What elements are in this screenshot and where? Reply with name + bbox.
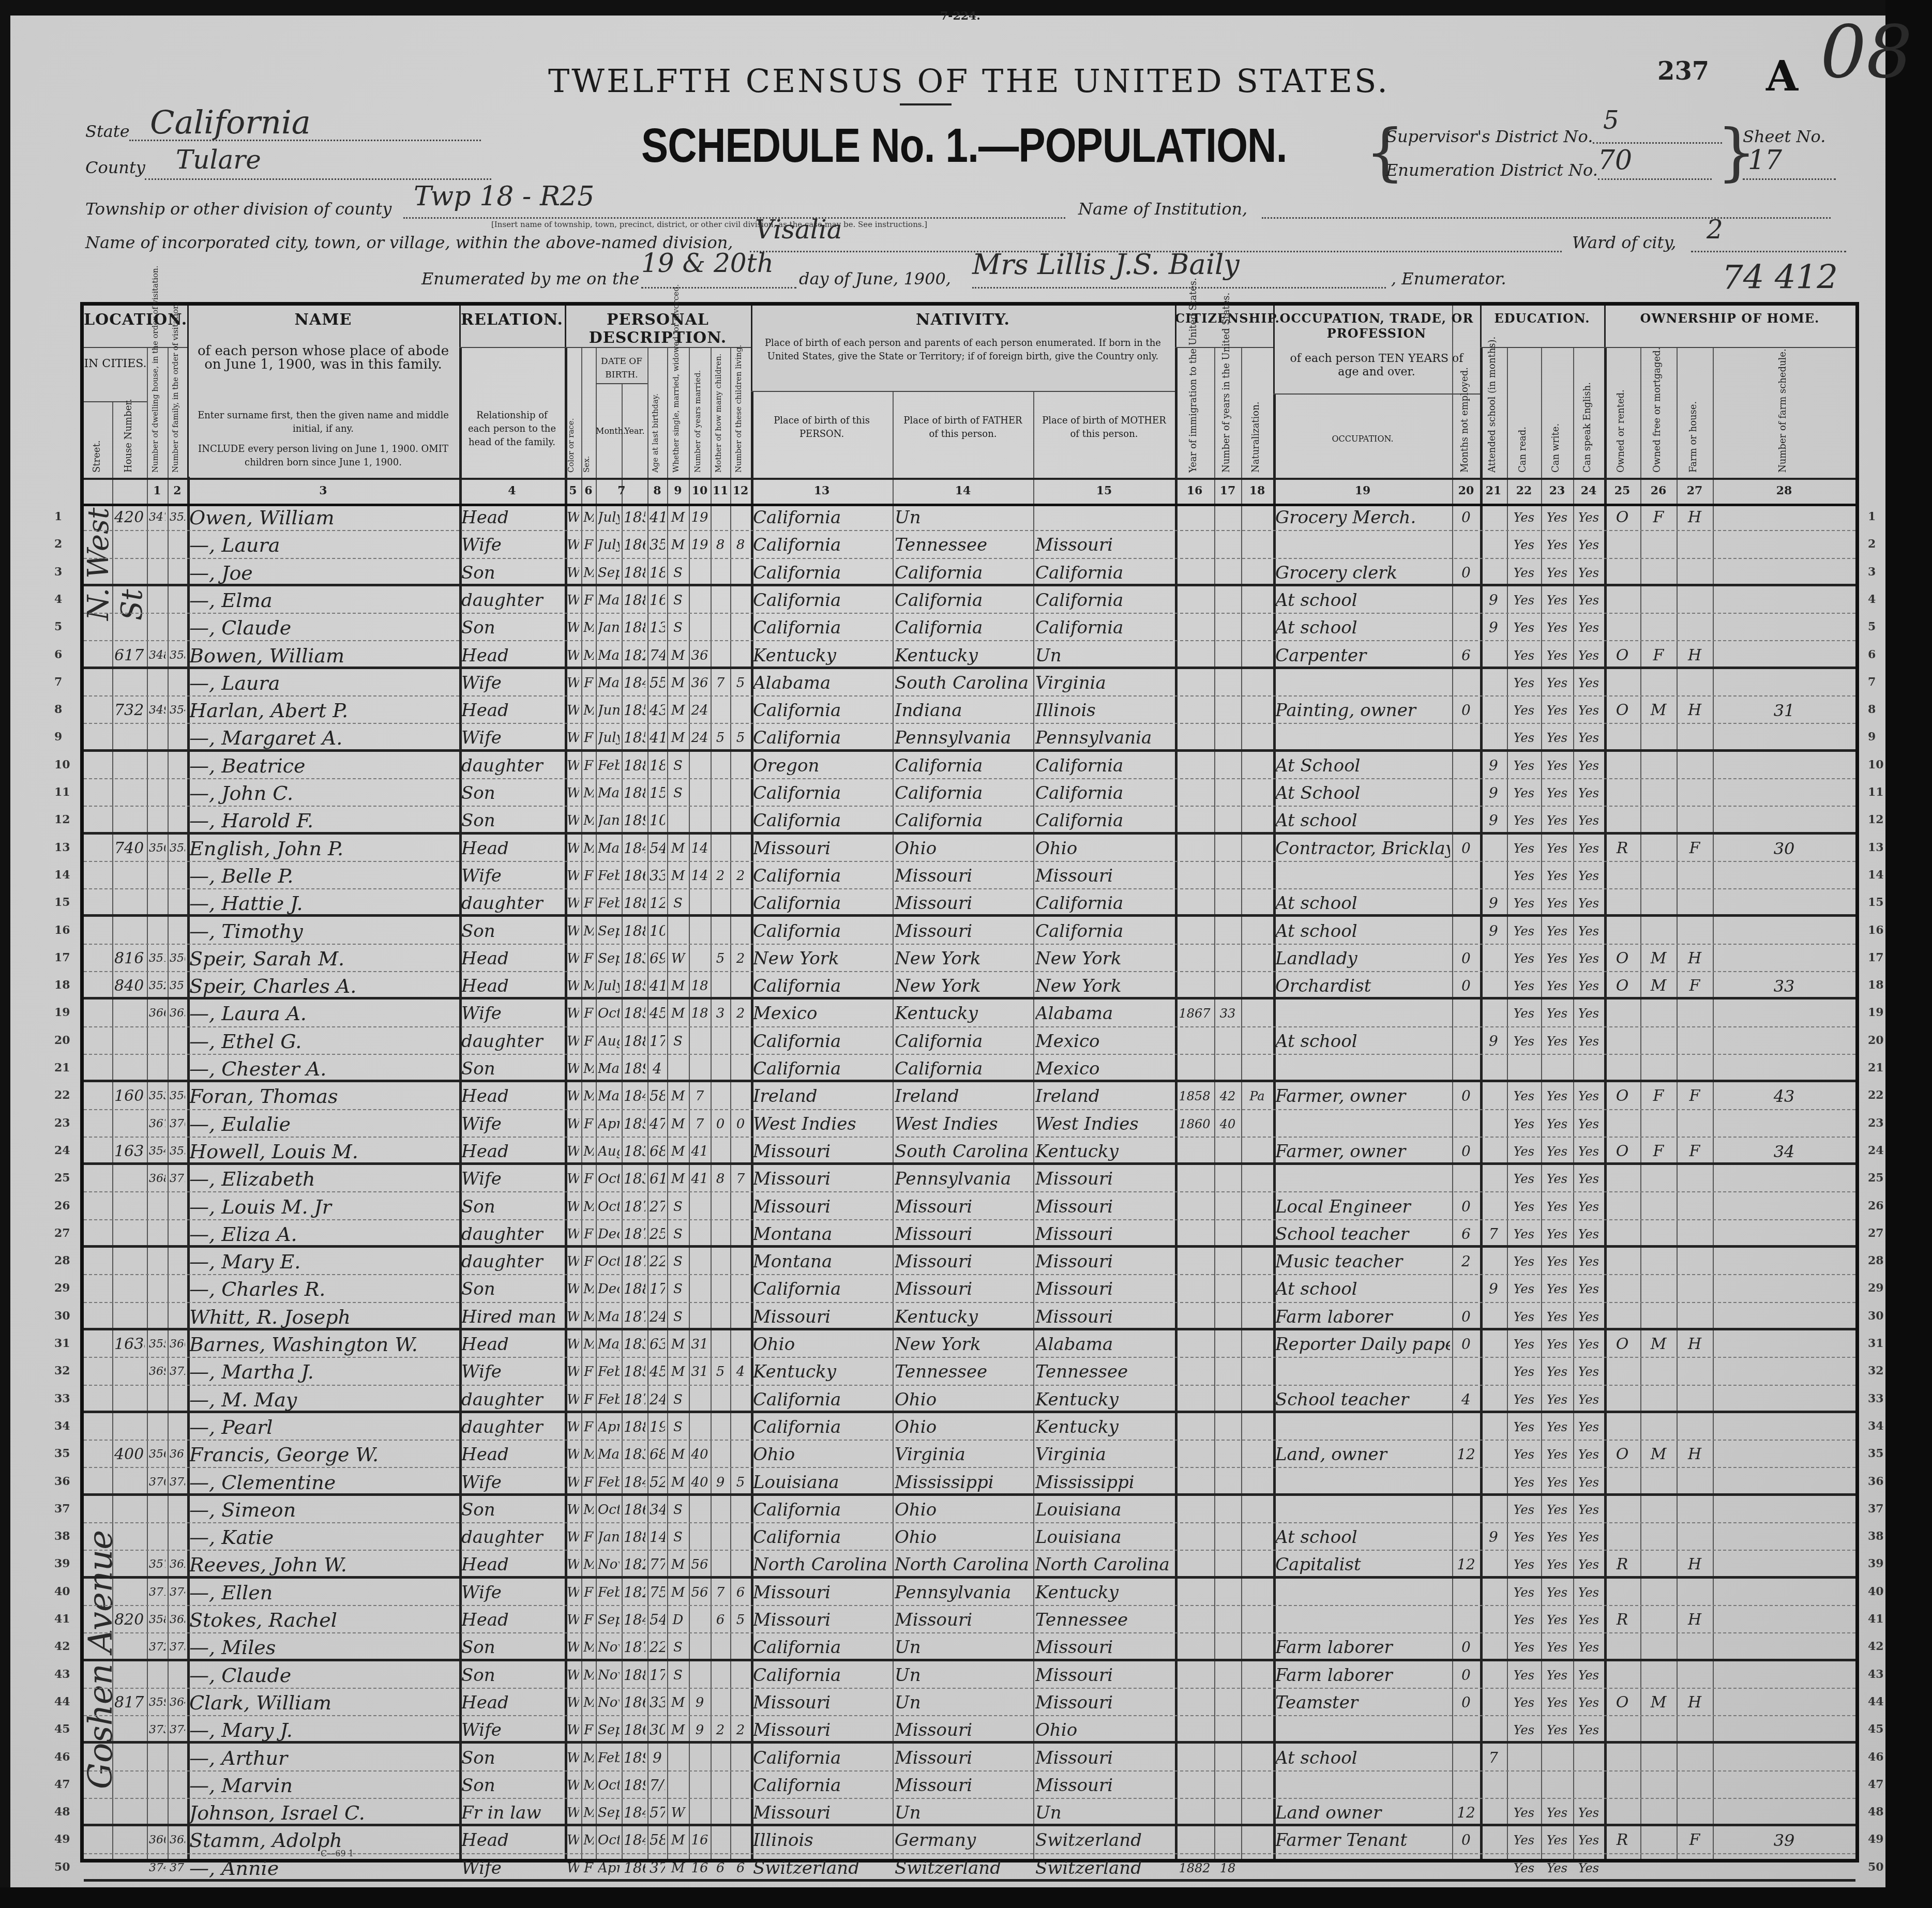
table-row: —, MarvinSonWMOct18997/12CaliforniaMisso… <box>84 1771 1855 1799</box>
table-row: —, BeatricedaughterWFFeb188218SOregonCal… <box>84 752 1855 779</box>
cell-occ: Landlady <box>1275 947 1450 971</box>
cell-house <box>114 616 145 640</box>
cell-age: 77 <box>650 1553 665 1577</box>
cell-fh <box>1679 1222 1711 1246</box>
cell-cl: 2 <box>732 864 749 888</box>
left-line-number: 10 <box>54 758 70 771</box>
left-line-number: 26 <box>54 1199 70 1213</box>
cell-color: W <box>567 1718 579 1742</box>
cell-nat <box>1243 919 1271 943</box>
cell-house <box>114 533 145 557</box>
left-line-number: 16 <box>54 923 70 937</box>
cell-yus <box>1216 699 1239 722</box>
cell-nat <box>1243 506 1271 529</box>
cell-ym: 18 <box>691 1002 708 1025</box>
column-number: 22 <box>1507 484 1541 497</box>
cell-ym: 7 <box>691 1084 708 1108</box>
right-line-number: 15 <box>1868 896 1884 909</box>
column-number: 21 <box>1480 484 1507 497</box>
cell-pobf: Un <box>895 1801 1031 1825</box>
cell-month: Feb <box>598 864 620 888</box>
cell-sch <box>1482 1250 1505 1274</box>
cell-sex: M <box>583 781 594 805</box>
table-row: Johnson, Israel C.Fr in lawWMSept184257W… <box>84 1799 1855 1826</box>
cell-house <box>114 919 145 943</box>
cell-family <box>170 1525 185 1549</box>
cell-age: 14 <box>650 1525 665 1549</box>
county-label: County <box>85 158 145 177</box>
cell-rel: daughter <box>461 891 563 915</box>
left-line-number: 42 <box>54 1640 70 1653</box>
cell-month: Feb <box>598 1471 620 1494</box>
cell-cl <box>732 1691 749 1715</box>
cell-cl: 5 <box>732 671 749 695</box>
header-divider <box>84 478 1855 480</box>
cell-age: 17 <box>650 1029 665 1053</box>
left-line-number: 37 <box>54 1502 70 1516</box>
cell-name: Stokes, Rachel <box>189 1608 457 1632</box>
cell-family <box>170 726 185 750</box>
cell-family: 375 <box>170 1636 185 1659</box>
cell-fm: M <box>1642 699 1674 722</box>
right-line-number: 37 <box>1868 1502 1884 1516</box>
cell-ym: 40 <box>691 1471 708 1494</box>
cell-cl <box>732 1195 749 1219</box>
right-line-number: 2 <box>1868 537 1876 551</box>
cell-month: Dec <box>598 1222 620 1246</box>
cell-fs <box>1715 1581 1853 1604</box>
cell-pobm: California <box>1035 588 1173 612</box>
cell-age: 12 <box>650 891 665 915</box>
cell-fh <box>1679 1498 1711 1522</box>
township-label: Township or other division of county <box>85 199 391 219</box>
cell-pob: New York <box>753 947 890 971</box>
cell-cl <box>732 506 749 529</box>
cell-nat <box>1243 1828 1271 1852</box>
cell-occ: Farmer Tenant <box>1275 1828 1450 1852</box>
cell-mar: M <box>669 974 687 998</box>
cell-name: —, John C. <box>189 781 457 805</box>
cell-imm <box>1177 1415 1212 1439</box>
cell-write: Yes <box>1543 533 1571 557</box>
cell-mar: S <box>669 616 687 640</box>
cell-yus <box>1216 974 1239 998</box>
cell-pob: California <box>753 616 890 640</box>
cell-pobm: Tennessee <box>1035 1360 1173 1384</box>
county-field: Tulare <box>145 145 491 180</box>
cell-pob: Ireland <box>753 1084 890 1108</box>
cell-fm: M <box>1642 974 1674 998</box>
cell-imm <box>1177 809 1212 832</box>
cell-fs <box>1715 506 1853 529</box>
cell-pob: California <box>753 974 890 998</box>
right-line-number: 21 <box>1868 1061 1884 1074</box>
table-row: —, Charles R.SonWMDec188217SCaliforniaMi… <box>84 1275 1855 1303</box>
left-line-number: 25 <box>54 1171 70 1185</box>
cell-fh: F <box>1679 1140 1711 1163</box>
cell-dwelling <box>149 726 165 750</box>
cell-month: Mar <box>598 644 620 668</box>
cell-house <box>114 561 145 585</box>
cell-imm <box>1177 1718 1212 1742</box>
left-line-number: 36 <box>54 1475 70 1488</box>
cell-fm <box>1642 1498 1674 1522</box>
cell-imm <box>1177 1774 1212 1797</box>
cell-write: Yes <box>1543 919 1571 943</box>
cell-pobm: Missouri <box>1035 533 1173 557</box>
cell-imm <box>1177 891 1212 915</box>
cell-family <box>170 1057 185 1081</box>
cell-cl <box>732 699 749 722</box>
cell-mar: M <box>669 1443 687 1466</box>
cell-read: Yes <box>1509 1112 1539 1136</box>
cell-dwelling: 348 <box>149 644 165 668</box>
cell-write: Yes <box>1543 809 1571 832</box>
cell-read <box>1509 1774 1539 1797</box>
cell-write: Yes <box>1543 864 1571 888</box>
cell-rel: Head <box>461 506 563 529</box>
cell-sch <box>1482 1112 1505 1136</box>
cell-yus <box>1216 644 1239 668</box>
cell-mu: 0 <box>1454 1828 1478 1852</box>
cell-sch: 9 <box>1482 1277 1505 1301</box>
table-row: 617348353Bowen, WilliamHeadWMMar182674M3… <box>84 642 1855 669</box>
relation-description: Relationship of each person to the head … <box>464 409 560 461</box>
cell-ym <box>691 1774 708 1797</box>
cell-write <box>1543 1774 1571 1797</box>
cell-nat <box>1243 616 1271 640</box>
name-instruction-2: INCLUDE every person living on June 1, 1… <box>195 443 451 474</box>
cell-fs <box>1715 671 1853 695</box>
cell-yus: 42 <box>1216 1084 1239 1108</box>
vheader-immigration: Year of immigration to the United States… <box>1188 357 1199 473</box>
column-number: 28 <box>1713 484 1855 497</box>
cell-mc <box>713 506 728 529</box>
cell-house: 817 <box>114 1691 145 1715</box>
cell-month: Oct <box>598 1250 620 1274</box>
cell-own <box>1606 1415 1638 1439</box>
cell-fm <box>1642 1112 1674 1136</box>
cell-ym: 56 <box>691 1581 708 1604</box>
cell-occ: At school <box>1275 1525 1450 1549</box>
cell-pobf: New York <box>895 947 1031 971</box>
cell-family: 353 <box>170 644 185 668</box>
cell-mu: 0 <box>1454 837 1478 860</box>
cell-sch <box>1482 1360 1505 1384</box>
cell-name: —, Miles <box>189 1636 457 1659</box>
cell-fs <box>1715 1471 1853 1494</box>
cell-sch <box>1482 1498 1505 1522</box>
cell-write: Yes <box>1543 947 1571 971</box>
cell-pob: California <box>753 699 890 722</box>
cell-fm <box>1642 561 1674 585</box>
cell-name: —, Mary E. <box>189 1250 457 1274</box>
table-row: 732349354Harlan, Abert P.HeadWMJune18564… <box>84 696 1855 724</box>
cell-sch <box>1482 1774 1505 1797</box>
cell-fh <box>1679 1636 1711 1659</box>
cell-sch: 9 <box>1482 1525 1505 1549</box>
cell-color: W <box>567 809 579 832</box>
page-handwritten: 08 <box>1820 10 1912 95</box>
cell-pob: Missouri <box>753 1195 890 1219</box>
right-line-number: 11 <box>1868 785 1884 799</box>
table-row: —, LauraWifeWFMar184555M3675AlabamaSouth… <box>84 669 1855 696</box>
cell-pobm: Missouri <box>1035 1277 1173 1301</box>
cell-nat <box>1243 809 1271 832</box>
cell-dwelling <box>149 1305 165 1329</box>
left-line-number: 47 <box>54 1778 70 1791</box>
vheader-attended-school: Attended school (in months). <box>1487 352 1498 473</box>
cell-mar: S <box>669 588 687 612</box>
left-line-number: 30 <box>54 1309 70 1323</box>
cell-pobm: Kentucky <box>1035 1140 1173 1163</box>
cell-pobm: Un <box>1035 1801 1173 1825</box>
cell-color: W <box>567 837 579 860</box>
table-row: 368371—, ElizabethWifeWFOct183861M4187Mi… <box>84 1165 1855 1192</box>
cell-occ: Grocery clerk <box>1275 561 1450 585</box>
cell-house <box>114 1222 145 1246</box>
cell-eng: Yes <box>1575 1305 1602 1329</box>
cell-fm <box>1642 919 1674 943</box>
cell-cl <box>732 1636 749 1659</box>
cell-sch <box>1482 864 1505 888</box>
cell-pobm: Ohio <box>1035 1718 1173 1742</box>
cell-year: 1838 <box>624 1167 645 1191</box>
cell-occ: Carpenter <box>1275 644 1450 668</box>
cell-ym: 24 <box>691 699 708 722</box>
cell-dwelling: 357 <box>149 1553 165 1577</box>
cell-mc <box>713 891 728 915</box>
cell-fh <box>1679 1415 1711 1439</box>
cell-read: Yes <box>1509 588 1539 612</box>
cell-month: Sept <box>598 919 620 943</box>
cell-yus <box>1216 533 1239 557</box>
cell-write: Yes <box>1543 754 1571 778</box>
cell-fs <box>1715 947 1853 971</box>
cell-sch: 7 <box>1482 1746 1505 1770</box>
cell-family: 352 <box>170 506 185 529</box>
cell-age: 24 <box>650 1305 665 1329</box>
cell-house: 840 <box>114 974 145 998</box>
cell-nat <box>1243 974 1271 998</box>
cell-year: 1877 <box>624 1636 645 1659</box>
vheader-can-read: Can read. <box>1517 357 1528 473</box>
cell-pobf: Indiana <box>895 699 1031 722</box>
cell-year: 1841 <box>624 1828 645 1852</box>
cell-family <box>170 1305 185 1329</box>
cell-imm <box>1177 726 1212 750</box>
cell-pob: Missouri <box>753 1608 890 1632</box>
cell-month: Mar <box>598 781 620 805</box>
cell-fm: M <box>1642 947 1674 971</box>
cell-write: Yes <box>1543 671 1571 695</box>
enumeration-field: 70 <box>1598 145 1712 180</box>
cell-fh: H <box>1679 1332 1711 1356</box>
cell-write: Yes <box>1543 616 1571 640</box>
cell-fm <box>1642 1608 1674 1632</box>
cell-mc <box>713 616 728 640</box>
cell-mar: S <box>669 1195 687 1219</box>
cell-imm <box>1177 533 1212 557</box>
cell-fh <box>1679 1167 1711 1191</box>
cell-sch <box>1482 1388 1505 1412</box>
cell-month: Nov <box>598 1636 620 1659</box>
cell-fs: 43 <box>1715 1084 1853 1108</box>
vheader-speak-english: Can speak English. <box>1582 357 1593 473</box>
cell-pobf: Virginia <box>895 1443 1031 1466</box>
cell-fh <box>1679 1057 1711 1081</box>
cell-color: W <box>567 864 579 888</box>
cell-write <box>1543 1057 1571 1081</box>
nativity-header: NATIVITY. <box>751 311 1175 337</box>
vheader-age: Age at last birthday. <box>651 357 660 473</box>
cell-year: 1874 <box>624 1222 645 1246</box>
cell-mu: 0 <box>1454 561 1478 585</box>
cell-fh: F <box>1679 1084 1711 1108</box>
cell-pob: California <box>753 809 890 832</box>
cell-mu <box>1454 1029 1478 1053</box>
occupation-description: of each person TEN YEARS of age and over… <box>1278 352 1475 388</box>
cell-fs <box>1715 1801 1853 1825</box>
cell-yus <box>1216 1332 1239 1356</box>
right-line-number: 50 <box>1868 1860 1884 1874</box>
cell-cl <box>732 1277 749 1301</box>
vheader-family: Number of family, in the order of visita… <box>171 352 180 473</box>
vheader-sex: Sex. <box>582 393 591 473</box>
cell-dwelling <box>149 671 165 695</box>
cell-yus <box>1216 726 1239 750</box>
cell-eng: Yes <box>1575 1608 1602 1632</box>
cell-occ: Teamster <box>1275 1691 1450 1715</box>
cell-mu <box>1454 1525 1478 1549</box>
cell-mu: 0 <box>1454 1084 1478 1108</box>
ward-field: 2 <box>1691 215 1846 252</box>
cell-write: Yes <box>1543 974 1571 998</box>
cell-occ: Reporter Daily paper <box>1275 1332 1450 1356</box>
cell-house: 820 <box>114 1608 145 1632</box>
cell-eng: Yes <box>1575 561 1602 585</box>
cell-pob: Kentucky <box>753 644 890 668</box>
cell-fs <box>1715 1305 1853 1329</box>
cell-color: W <box>567 1581 579 1604</box>
cell-yus <box>1216 754 1239 778</box>
cell-rel: Wife <box>461 1002 563 1025</box>
cell-read: Yes <box>1509 726 1539 750</box>
cell-mar: S <box>669 1222 687 1246</box>
cell-eng: Yes <box>1575 588 1602 612</box>
institution-field <box>1262 181 1831 219</box>
cell-ym <box>691 1525 708 1549</box>
cell-family <box>170 1415 185 1439</box>
left-line-number: 38 <box>54 1530 70 1543</box>
cell-nat <box>1243 561 1271 585</box>
cell-mar <box>669 1057 687 1081</box>
cell-own <box>1606 616 1638 640</box>
cell-rel: daughter <box>461 1029 563 1053</box>
cell-write: Yes <box>1543 1222 1571 1246</box>
cell-fh: F <box>1679 837 1711 860</box>
cell-pob: California <box>753 506 890 529</box>
cell-month: Mar <box>598 1084 620 1108</box>
table-row: —, Belle P.WifeWFFeb186733M1422Californi… <box>84 862 1855 889</box>
cell-occ: Farm laborer <box>1275 1663 1450 1687</box>
cell-color: W <box>567 754 579 778</box>
occupation-header: OCCUPATION, TRADE, OR PROFESSION <box>1273 311 1480 352</box>
cell-family <box>170 891 185 915</box>
cell-pobm: California <box>1035 919 1173 943</box>
cell-color: W <box>567 1828 579 1852</box>
cell-dwelling: 367 <box>149 1112 165 1136</box>
cell-mu <box>1454 1581 1478 1604</box>
cell-mc: 7 <box>713 1581 728 1604</box>
vheader-dwelling: Number of dwelling house, in the order o… <box>150 352 160 473</box>
cell-pob: Missouri <box>753 1801 890 1825</box>
left-line-number: 24 <box>54 1144 70 1157</box>
cell-sch <box>1482 974 1505 998</box>
cell-nat <box>1243 1525 1271 1549</box>
cell-imm <box>1177 1828 1212 1852</box>
cell-fs <box>1715 1057 1853 1081</box>
cell-eng: Yes <box>1575 1828 1602 1852</box>
cell-pob: Missouri <box>753 1691 890 1715</box>
cell-name: —, Eulalie <box>189 1112 457 1136</box>
cell-read: Yes <box>1509 561 1539 585</box>
table-row: 1606353358Foran, ThomasHeadWMMar184258M7… <box>84 1082 1855 1110</box>
column-number: 14 <box>893 484 1033 497</box>
cell-yus <box>1216 1498 1239 1522</box>
cell-pobf: Tennessee <box>895 1360 1031 1384</box>
cell-yus <box>1216 1746 1239 1770</box>
cell-month: Mar <box>598 837 620 860</box>
cell-mu <box>1454 919 1478 943</box>
cell-house <box>114 864 145 888</box>
cell-pob: Ohio <box>753 1332 890 1356</box>
cell-color: W <box>567 919 579 943</box>
cell-name: —, Eliza A. <box>189 1222 457 1246</box>
cell-read <box>1509 1746 1539 1770</box>
cell-fm <box>1642 1360 1674 1384</box>
cell-fh <box>1679 809 1711 832</box>
cell-year: 1845 <box>624 671 645 695</box>
cell-month: Jan <box>598 1525 620 1549</box>
cell-sch <box>1482 947 1505 971</box>
right-line-number: 46 <box>1868 1750 1884 1764</box>
left-line-number: 1 <box>54 510 62 523</box>
title-ornament <box>900 103 952 105</box>
occupation-divider <box>1273 393 1480 395</box>
pob-mother-header: Place of birth of MOTHER of this person. <box>1038 414 1170 456</box>
right-line-number: 6 <box>1868 648 1876 661</box>
cell-own <box>1606 1112 1638 1136</box>
cell-house <box>114 1663 145 1687</box>
cell-fh <box>1679 726 1711 750</box>
cell-sch: 9 <box>1482 616 1505 640</box>
cell-mu <box>1454 1002 1478 1025</box>
cell-mc: 3 <box>713 1002 728 1025</box>
cell-fs <box>1715 1332 1853 1356</box>
cell-house <box>114 1305 145 1329</box>
cell-eng: Yes <box>1575 809 1602 832</box>
right-line-number: 47 <box>1868 1778 1884 1791</box>
cell-color: W <box>567 974 579 998</box>
cell-fs <box>1715 1029 1853 1053</box>
enumerated-day: 19 & 20th <box>641 248 796 289</box>
column-number: 24 <box>1573 484 1604 497</box>
cell-imm <box>1177 506 1212 529</box>
cell-ym: 41 <box>691 1140 708 1163</box>
cell-cl <box>732 1498 749 1522</box>
cell-yus: 33 <box>1216 1002 1239 1025</box>
